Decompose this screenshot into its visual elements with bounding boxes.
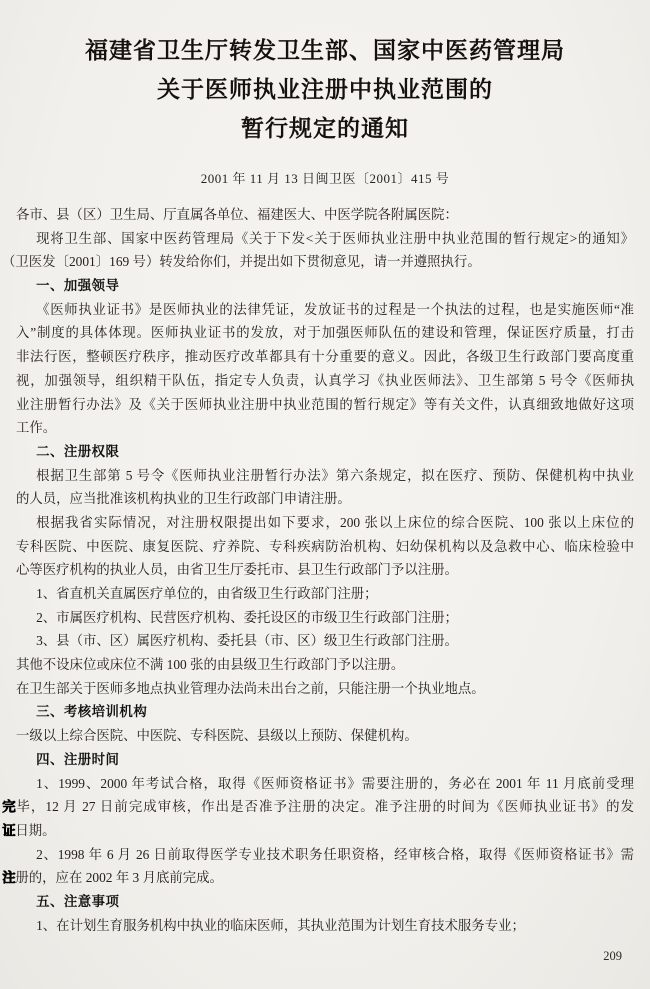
body-line: 视，加强领导，组织精干队伍，指定专人负责，认真学习《执业医师法》、卫生部第 5 … xyxy=(16,369,634,393)
section-heading: 四、注册时间 xyxy=(16,748,634,772)
title-line-1: 福建省卫生厅转发卫生部、国家中医药管理局 xyxy=(0,31,650,70)
body-line: 《医师执业证书》是医师执业的法律凭证，发放证书的过程是一个执法的过程，也是实施医… xyxy=(16,298,634,322)
body-line: 1、省直机关直属医疗单位的，由省级卫生行政部门注册； xyxy=(16,582,634,606)
body-line: 一级以上综合医院、中医院、专科医院、县级以上预防、保健机构。 xyxy=(16,724,634,748)
document-body: 各市、县（区）卫生局、厅直属各单位、福建医大、中医学院各附属医院：现将卫生部、国… xyxy=(16,203,634,937)
page-number: 209 xyxy=(603,949,622,964)
body-line: 完毕，12 月 27 日前完成审核，作出是否准予注册的决定。准予注册的时间为《医… xyxy=(2,795,634,819)
body-line: 证日期。 xyxy=(2,819,634,843)
overstruck-char: 证 xyxy=(2,823,15,838)
document-number: 2001 年 11 月 13 日闽卫医〔2001〕415 号 xyxy=(0,168,650,187)
document-page: 福建省卫生厅转发卫生部、国家中医药管理局 关于医师执业注册中执业范围的 暂行规定… xyxy=(0,0,650,989)
section-heading: 一、加强领导 xyxy=(16,274,634,298)
body-line: 在卫生部关于医师多地点执业管理办法尚未出台之前，只能注册一个执业地点。 xyxy=(16,677,634,701)
section-heading: 五、注意事项 xyxy=(16,890,634,914)
body-line: 非法行医，整顿医疗秩序，推动医疗改革都具有十分重要的意义。因此，各级卫生行政部门… xyxy=(16,345,634,369)
body-line: 2、市属医疗机构、民营医疗机构、委托设区的市级卫生行政部门注册； xyxy=(16,606,634,630)
body-line: 1、1999、2000 年考试合格，取得《医师资格证书》需要注册的，务必在 20… xyxy=(16,772,634,796)
body-line: 各市、县（区）卫生局、厅直属各单位、福建医大、中医学院各附属医院： xyxy=(16,203,634,227)
body-line: 业注册暂行办法》及《关于医师执业注册中执业范围的暂行规定》等有关文件，认真细致地… xyxy=(16,393,634,417)
body-line: 注册的，应在 2002 年 3 月底前完成。 xyxy=(2,866,634,890)
body-line: 1、在计划生育服务机构中执业的临床医师，其执业范围为计划生育技术服务专业； xyxy=(16,914,634,938)
body-line: 根据我省实际情况，对注册权限提出如下要求，200 张以上床位的综合医院、100 … xyxy=(16,511,634,535)
section-heading: 二、注册权限 xyxy=(16,440,634,464)
body-line: 入”制度的具体体现。医师执业证书的发放，对于加强医师队伍的建设和管理，保证医疗质… xyxy=(16,321,634,345)
body-line: 3、县（市、区）属医疗机构、委托县（市、区）级卫生行政部门注册。 xyxy=(16,629,634,653)
body-line: 2、1998 年 6 月 26 日前取得医学专业技术职务任职资格，经审核合格，取… xyxy=(16,843,634,867)
title-line-3: 暂行规定的通知 xyxy=(0,109,650,148)
body-line: 根据卫生部第 5 号令《医师执业注册暂行办法》第六条规定，拟在医疗、预防、保健机… xyxy=(16,464,634,488)
body-line: （卫医发〔2001〕169 号）转发给你们，并提出如下贯彻意见，请一并遵照执行。 xyxy=(2,250,634,274)
document-title: 福建省卫生厅转发卫生部、国家中医药管理局 关于医师执业注册中执业范围的 暂行规定… xyxy=(0,0,650,148)
body-line: 其他不设床位或床位不满 100 张的由县级卫生行政部门予以注册。 xyxy=(16,653,634,677)
body-line: 心等医疗机构的执业人员，由省卫生厅委托市、县卫生行政部门予以注册。 xyxy=(16,558,634,582)
section-heading: 三、考核培训机构 xyxy=(16,700,634,724)
body-line: 工作。 xyxy=(16,416,634,440)
title-line-2: 关于医师执业注册中执业范围的 xyxy=(0,70,650,109)
body-line: 现将卫生部、国家中医药管理局《关于下发<关于医师执业注册中执业范围的暂行规定>的… xyxy=(16,227,634,251)
body-line: 专科医院、中医院、康复医院、疗养院、专科疾病防治机构、妇幼保机构以及急救中心、临… xyxy=(16,535,634,559)
overstruck-char: 注 xyxy=(2,870,15,885)
body-line: 的人员，应当批准该机构执业的卫生行政部门申请注册。 xyxy=(16,487,634,511)
overstruck-char: 完 xyxy=(2,799,16,814)
